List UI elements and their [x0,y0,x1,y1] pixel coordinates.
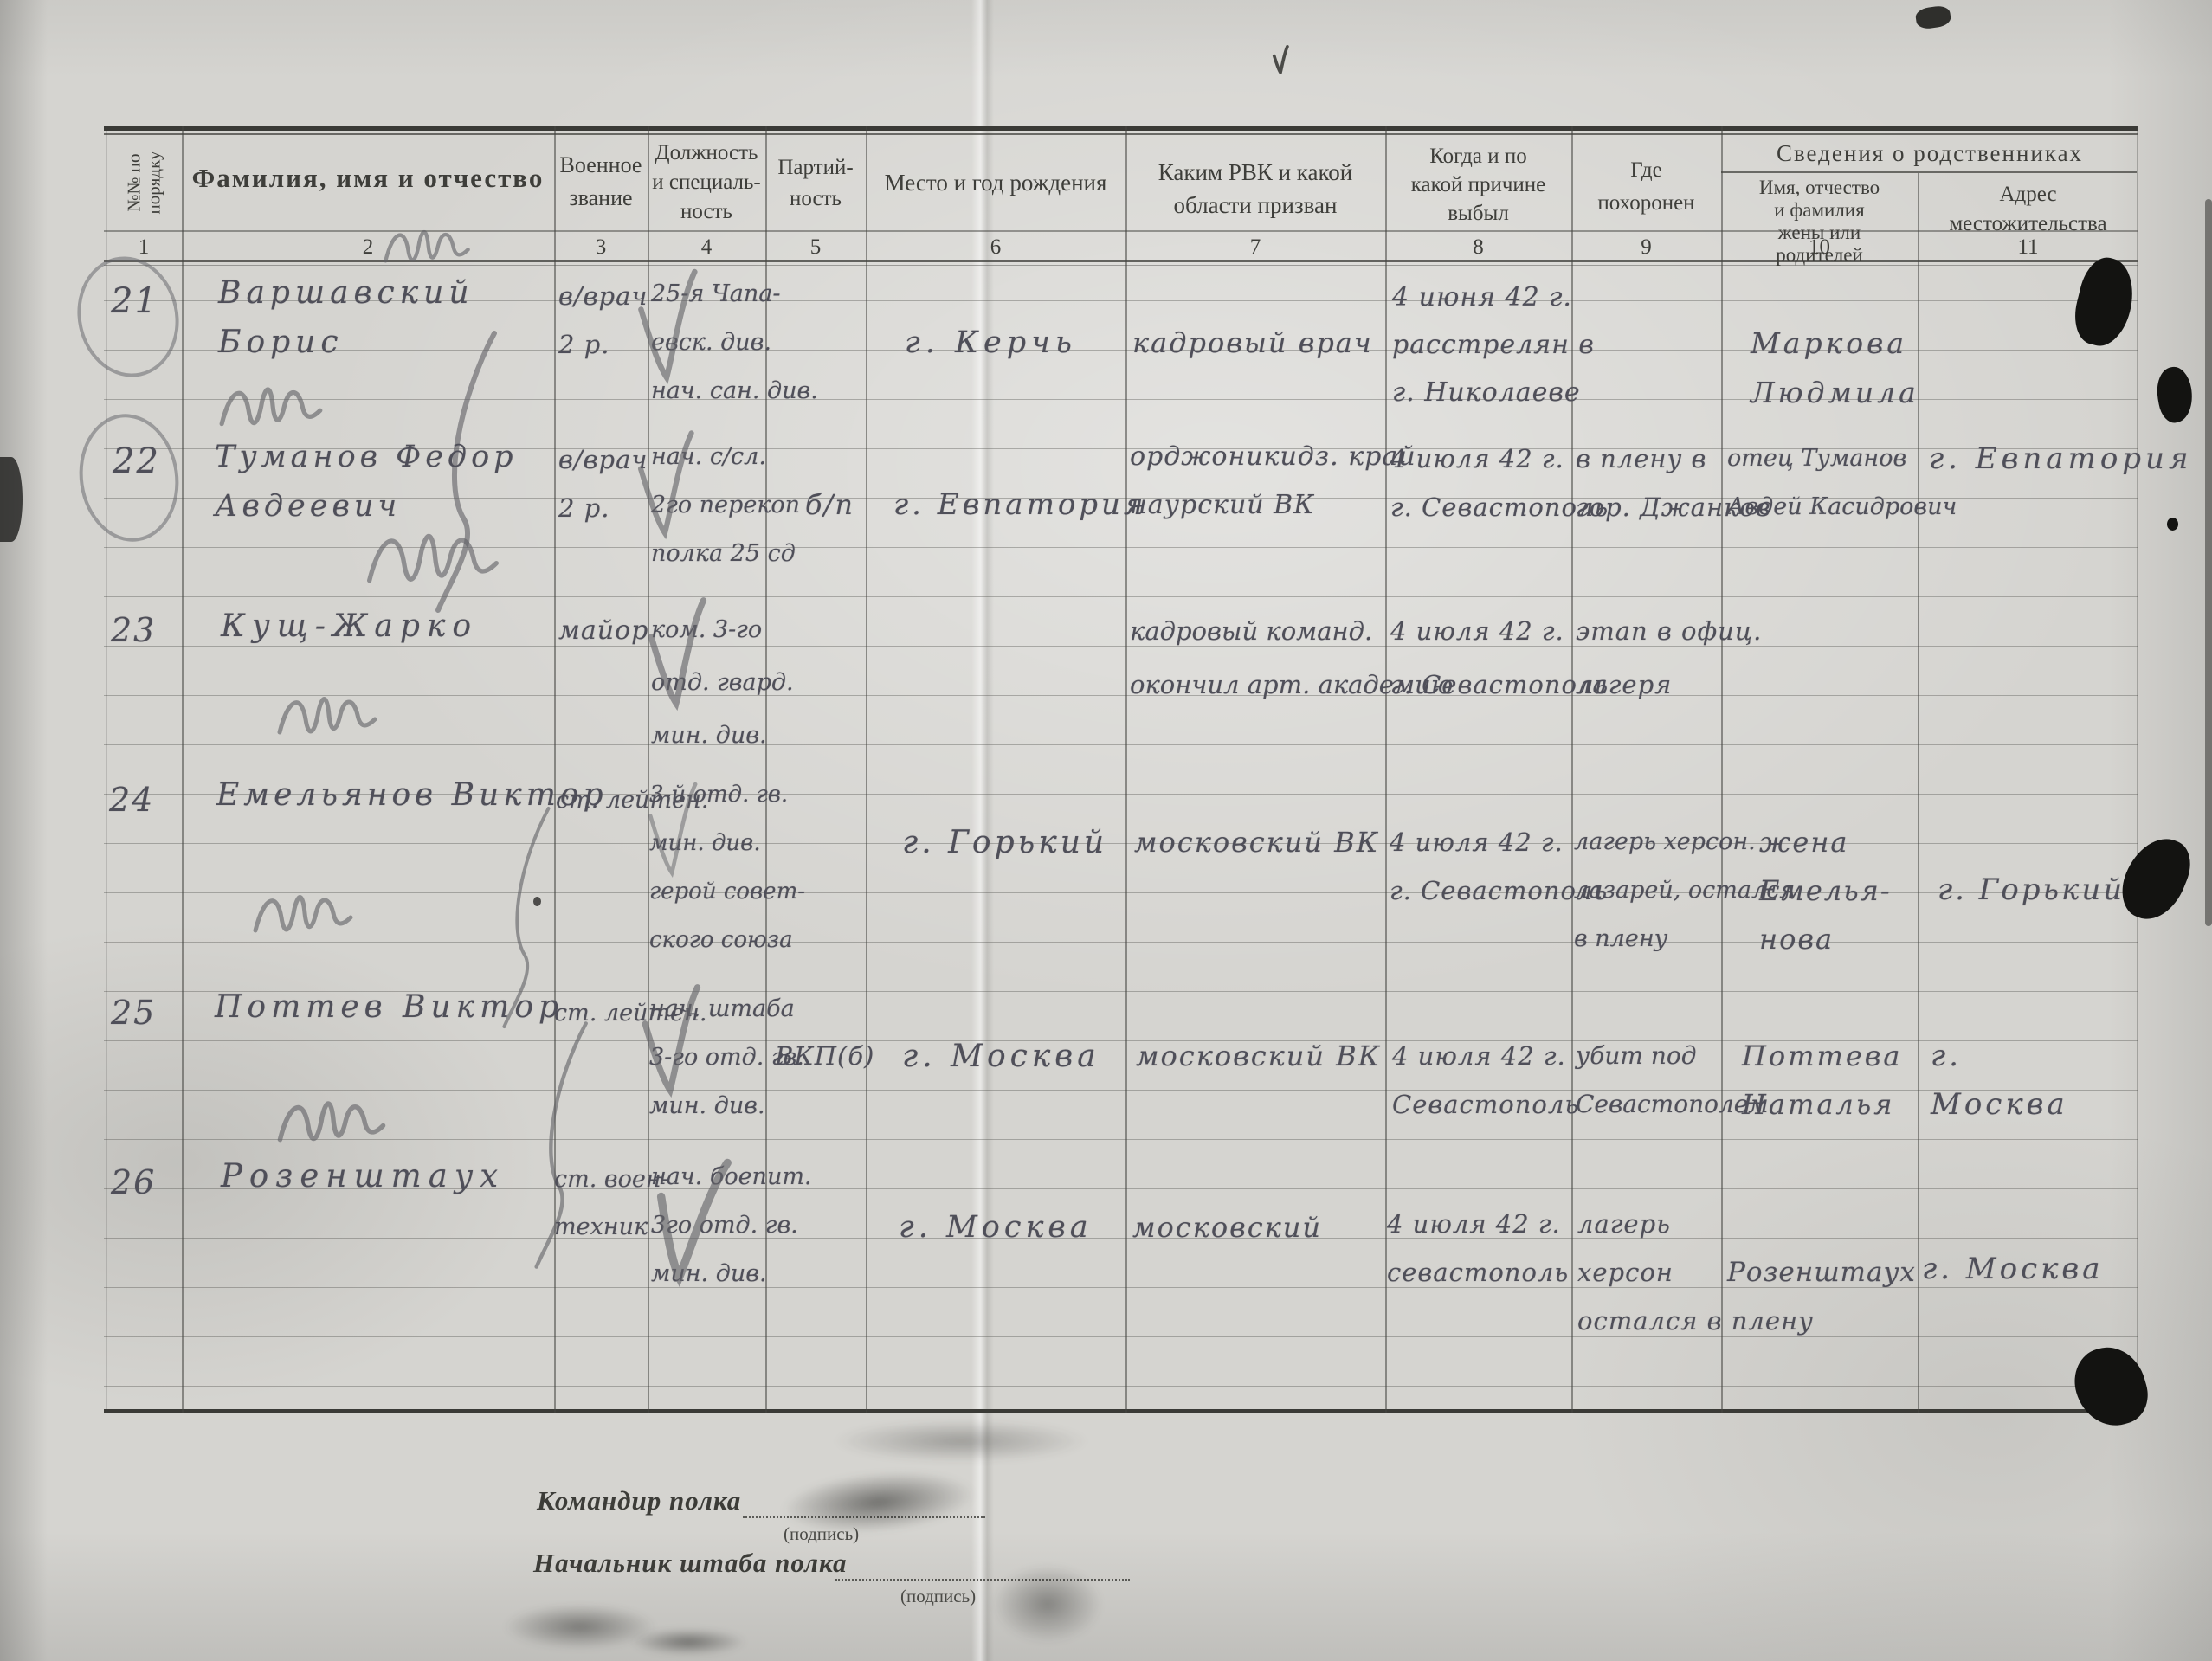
cell-relatives: Поттева Наталья [1742,1032,1903,1129]
cell-birthplace: г. Евпатория [893,480,1146,530]
cell-buried: этап в офиц. лагеря [1576,604,1762,711]
col-line-5 [866,126,867,1413]
col-header-birthplace: Место и год рождения [866,170,1125,196]
row-number: 21 [111,277,158,326]
pencil-scribble-above-row25 [251,885,355,942]
cell-birthplace: г. Горький [902,818,1107,867]
cell-name: Розенштаух [221,1151,505,1201]
pencil-checkmark-row22 [635,426,695,542]
cell-relatives: Розенштаух [1727,1248,1916,1297]
pencil-scribble-above-row21 [371,223,483,268]
cell-drafted-by: орджоникидз. край наурский ВК [1130,433,1416,530]
col-num-9: 9 [1571,235,1721,260]
cell-birthplace: г. Москва [899,1203,1093,1252]
cell-name: Поттев Виктор [215,982,564,1032]
cell-address: г. Горький [1938,866,2125,915]
cell-drafted-by: кадровый врач [1132,319,1373,368]
col-header-order-number: №№ по порядку [106,137,182,229]
col-header-address: Адрес местожительства [1918,180,2138,239]
ink-dot-1 [533,897,541,906]
col-header-position: Должность и специаль- ность [648,138,765,227]
cell-address: г. Москва [1931,1032,2068,1129]
cell-address: г. Москва [1922,1245,2104,1294]
paper-hole-2 [2153,364,2197,425]
col-num-7: 7 [1125,235,1385,260]
chief-of-staff-label: Начальник штаба полка [533,1548,847,1579]
cell-relatives: жена Емелья- нова [1759,818,1892,963]
pencil-checkmark-row25 [639,975,701,1104]
cell-buried: убит под Севастополем [1576,1032,1769,1129]
col-header-buried: Где похоронен [1571,154,1721,220]
row-number: 26 [111,1158,156,1207]
row-number: 24 [109,776,154,825]
edge-mark-top-right [1915,4,1952,29]
col-line-1 [182,126,184,1413]
cell-drafted-by: московский ВК [1134,818,1379,867]
col-num-11: 11 [1918,235,2138,260]
pencil-scribble-above-row24 [275,684,379,746]
cell-fate: 4 июля 42 г. севастополь [1387,1200,1569,1297]
cell-relatives: Маркова Людмила [1751,319,1919,417]
cell-birthplace: г. Москва [902,1032,1100,1081]
col-header-rank: Военное звание [554,149,648,215]
table-top-border-thin [104,133,2138,135]
pencil-scribble-above-row23 [364,511,502,604]
ink-smudge-bottom-center [779,1411,1143,1471]
ink-smudge-signature-3 [606,1623,771,1661]
edge-mark-left [0,457,23,542]
table-top-border-thick [104,126,2138,131]
cell-drafted-by: московский ВК [1136,1032,1381,1081]
cell-fate: 4 июля 42 г. Севастополь [1392,1032,1579,1129]
col-num-8: 8 [1385,235,1571,260]
ink-smudge-signature-4 [970,1548,1125,1660]
cell-name: Кущ-Жарко [221,602,478,651]
col-header-fate: Когда и по какой причине выбыл [1385,142,1571,228]
col-num-6: 6 [866,235,1125,260]
cell-rank: майор [558,606,648,655]
cell-birthplace: г. Керчь [905,319,1077,368]
row-number: 22 [113,437,160,486]
relatives-group-header: Сведения о родственниках [1721,140,2138,167]
pencil-checkmark-row24 [645,760,699,898]
pen-tick-top-center [1266,45,1295,74]
col-line-right [2137,126,2138,1413]
relatives-header-underline [1721,171,2137,173]
cell-relatives: отец Туманов Авдей Касидрович [1727,435,1957,531]
edge-sliver-right [2205,199,2212,926]
col-header-party: Партий- ность [765,152,866,215]
col-num-5: 5 [765,235,866,260]
col-num-10: 10 [1721,235,1918,260]
pencil-checkmark-row21 [635,260,699,391]
col-header-name: Фамилия, имя и отчество [182,163,554,194]
chief-signature-caption: (подпись) [900,1586,976,1607]
cell-fate: 4 июня 42 г. расстрелян в г. Николаеве [1392,274,1595,416]
col-header-drafted-by: Каким РВК и какой области призван [1125,156,1385,222]
row-number: 25 [111,988,156,1038]
col-num-1: 1 [106,235,182,260]
paper-hole-3 [2167,518,2178,531]
col-num-2: 2 [182,235,554,260]
col-num-4: 4 [648,235,765,260]
pencil-checkmark-row23 [645,590,707,715]
cell-party: ВКП(б) [775,1032,874,1081]
pencil-scribble-above-row22 [215,379,327,433]
cell-drafted-by: московский [1132,1203,1322,1252]
col-line-6 [1125,126,1127,1413]
row-number: 23 [111,606,156,655]
pencil-scribble-above-row26 [275,1087,388,1155]
cell-party: б/п [805,480,854,530]
col-num-3: 3 [554,235,648,260]
commander-label: Командир полка [537,1485,741,1516]
cell-address: г. Евпатория [1929,435,2192,484]
scanned-document-page: Сведения о родственниках №№ по порядку Ф… [0,0,2212,1661]
